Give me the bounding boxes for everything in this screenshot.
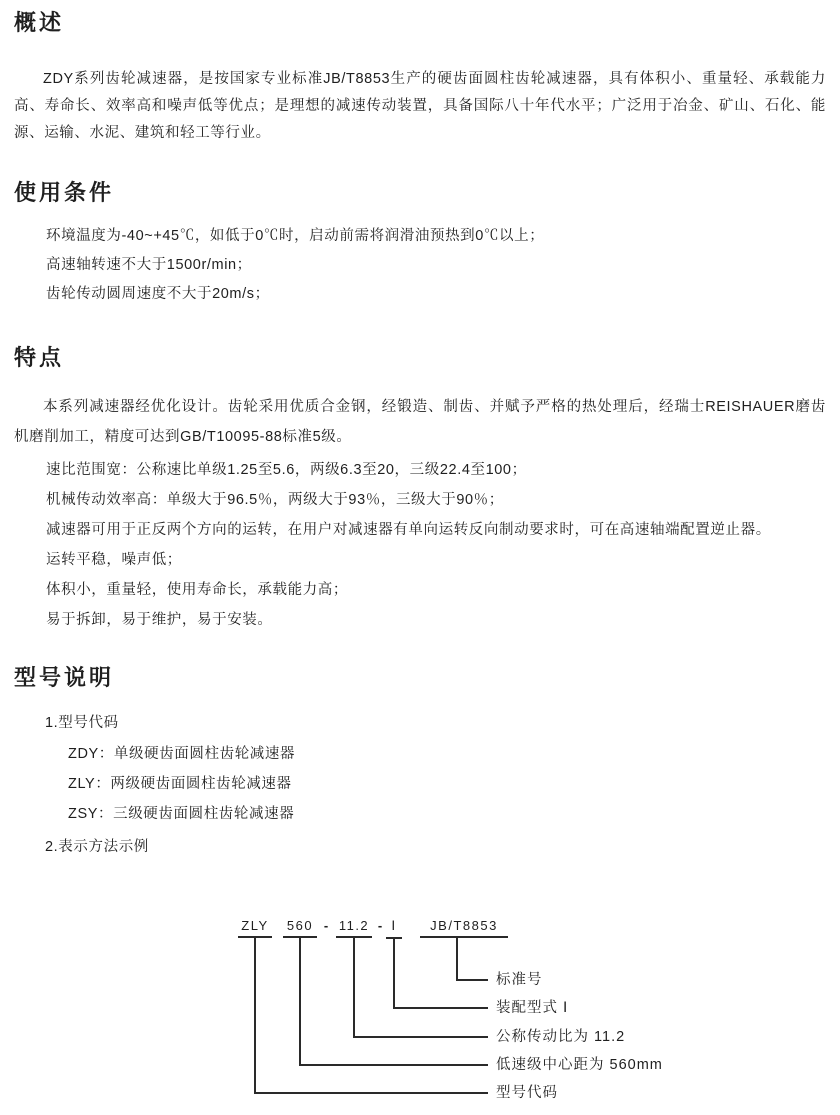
- callout-center-distance: 低速级中心距为 560mm: [496, 1056, 663, 1074]
- callout-standard-number: 标准号: [496, 971, 543, 989]
- leader-line-vertical-assembly-type: [393, 938, 395, 1009]
- usage-conditions-list: 环境温度为-40~+45℃，如低于0℃时，启动前需将润滑油预热到0℃以上； 高速…: [14, 222, 826, 309]
- leader-line-horizontal-assembly-type: [393, 1007, 488, 1009]
- model-segment-separator: -: [374, 918, 386, 933]
- leader-line-vertical-standard: [456, 938, 458, 981]
- feature-item: 减速器可用于正反两个方向的运转，在用户对减速器有单向运转反向制动要求时，可在高速…: [46, 515, 826, 545]
- leader-line-horizontal-ratio: [353, 1036, 488, 1038]
- model-code-item: ZLY：两级硬齿面圆柱齿轮减速器: [68, 769, 826, 799]
- callout-transmission-ratio: 公称传动比为 11.2: [496, 1028, 625, 1046]
- leader-line-horizontal-code: [254, 1092, 488, 1094]
- feature-item: 机械传动效率高：单级大于96.5％，两级大于93％，三级大于90％；: [46, 485, 826, 515]
- model-code-section-label: 1.型号代码: [45, 715, 826, 731]
- leader-line-horizontal-standard: [456, 979, 488, 981]
- feature-item: 运转平稳，噪声低；: [46, 545, 826, 575]
- condition-item: 环境温度为-40~+45℃，如低于0℃时，启动前需将润滑油预热到0℃以上；: [46, 222, 826, 251]
- model-code-item: ZDY：单级硬齿面圆柱齿轮减速器: [68, 739, 826, 769]
- features-paragraph: 本系列减速器经优化设计。齿轮采用优质合金钢，经锻造、制齿、并赋予严格的热处理后，…: [14, 392, 826, 452]
- condition-item: 齿轮传动圆周速度不大于20m/s；: [46, 280, 826, 309]
- leader-line-vertical-center-distance: [299, 938, 301, 1066]
- overview-paragraph: ZDY系列齿轮减速器，是按国家专业标准JB/T8853生产的硬齿面圆柱齿轮减速器…: [14, 66, 826, 147]
- model-segment-center-distance: 560: [283, 918, 317, 938]
- document-page: 概述 ZDY系列齿轮减速器，是按国家专业标准JB/T8853生产的硬齿面圆柱齿轮…: [0, 0, 840, 1115]
- model-segment-separator: -: [320, 918, 332, 933]
- feature-item: 体积小，重量轻，使用寿命长，承载能力高；: [46, 575, 826, 605]
- overview-heading: 概述: [14, 10, 826, 36]
- callout-model-code: 型号代码: [496, 1084, 558, 1102]
- model-example-section-label: 2.表示方法示例: [45, 839, 826, 855]
- leader-line-vertical-ratio: [353, 938, 355, 1038]
- model-code-item: ZSY：三级硬齿面圆柱齿轮减速器: [68, 799, 826, 829]
- feature-item: 速比范围宽：公称速比单级1.25至5.6，两级6.3至20，三级22.4至100…: [46, 455, 826, 485]
- model-segment-ratio: 11.2: [336, 918, 372, 938]
- model-designation-heading: 型号说明: [14, 665, 826, 691]
- features-list: 速比范围宽：公称速比单级1.25至5.6，两级6.3至20，三级22.4至100…: [14, 455, 826, 635]
- model-codes-list: ZDY：单级硬齿面圆柱齿轮减速器 ZLY：两级硬齿面圆柱齿轮减速器 ZSY：三级…: [14, 739, 826, 829]
- usage-conditions-heading: 使用条件: [14, 180, 826, 206]
- model-segment-standard: JB/T8853: [420, 918, 508, 938]
- model-segment-assembly-type: Ⅰ: [386, 918, 402, 939]
- model-segment-code: ZLY: [238, 918, 272, 938]
- leader-line-vertical-code: [254, 938, 256, 1094]
- condition-item: 高速轴转速不大于1500r/min；: [46, 251, 826, 280]
- callout-assembly-type: 装配型式 Ⅰ: [496, 999, 568, 1017]
- features-heading: 特点: [14, 345, 826, 371]
- leader-line-horizontal-center-distance: [299, 1064, 488, 1066]
- feature-item: 易于拆卸，易于维护，易于安装。: [46, 605, 826, 635]
